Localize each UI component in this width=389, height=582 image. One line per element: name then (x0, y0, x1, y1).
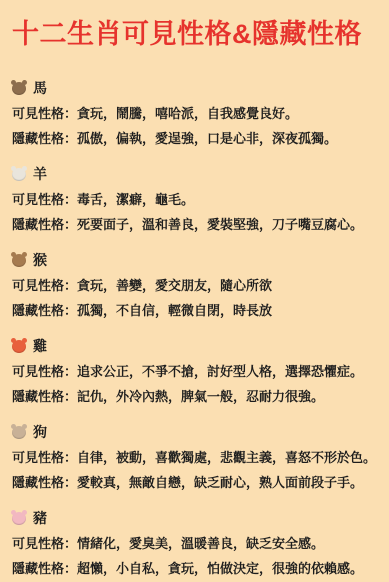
hidden-personality-line: 隱藏性格：孤獨，不自信，輕微自閉，時長放 (12, 298, 377, 323)
zodiac-header: 狗 (12, 420, 377, 445)
hidden-text: 愛較真，無敵自戀，缺乏耐心，熟人面前段子手。 (77, 475, 363, 490)
hidden-personality-line: 隱藏性格：孤傲，偏執，愛逞強，口是心非，深夜孤獨。 (12, 126, 377, 151)
visible-text: 貪玩，善變，愛交朋友，隨心所欲 (77, 278, 272, 293)
visible-label: 可見性格： (12, 106, 77, 121)
visible-label: 可見性格： (12, 364, 77, 379)
visible-text: 毒舌，潔癖，龜毛。 (77, 192, 194, 207)
visible-personality-line: 可見性格：貪玩，善變，愛交朋友，隨心所欲 (12, 273, 377, 298)
zodiac-animal-name: 猴 (33, 248, 47, 273)
zodiac-animal-name: 狗 (33, 420, 47, 445)
visible-label: 可見性格： (12, 278, 77, 293)
hidden-label: 隱藏性格： (12, 389, 77, 404)
hidden-personality-line: 隱藏性格：超懶，小自私，貪玩，怕做決定，很強的依賴感。 (12, 556, 377, 581)
hidden-label: 隱藏性格： (12, 475, 77, 490)
visible-label: 可見性格： (12, 192, 77, 207)
zodiac-section-sheep: 羊 可見性格：毒舌，潔癖，龜毛。 隱藏性格：死要面子，溫和善良，愛裝堅強，刀子嘴… (12, 162, 377, 237)
visible-personality-line: 可見性格：貪玩，鬧騰，嘻哈派，自我感覺良好。 (12, 101, 377, 126)
page-title: 十二生肖可見性格&隱藏性格 (12, 18, 377, 50)
hidden-text: 死要面子，溫和善良，愛裝堅強，刀子嘴豆腐心。 (77, 217, 363, 232)
zodiac-section-pig: 豬 可見性格：情緒化，愛臭美，溫暖善良，缺乏安全感。 隱藏性格：超懶，小自私，貪… (12, 506, 377, 581)
visible-text: 追求公正，不爭不搶，討好型人格，選擇恐懼症。 (77, 364, 363, 379)
visible-label: 可見性格： (12, 450, 77, 465)
dog-icon (12, 426, 26, 439)
rooster-icon (12, 340, 26, 353)
horse-icon (12, 82, 26, 95)
sheep-icon (12, 168, 26, 181)
hidden-label: 隱藏性格： (12, 303, 77, 318)
zodiac-section-monkey: 猴 可見性格：貪玩，善變，愛交朋友，隨心所欲 隱藏性格：孤獨，不自信，輕微自閉，… (12, 248, 377, 323)
zodiac-header: 豬 (12, 506, 377, 531)
hidden-text: 孤傲，偏執，愛逞強，口是心非，深夜孤獨。 (77, 131, 337, 146)
visible-personality-line: 可見性格：情緒化，愛臭美，溫暖善良，缺乏安全感。 (12, 531, 377, 556)
pig-icon (12, 512, 26, 525)
zodiac-personality-page: 十二生肖可見性格&隱藏性格 馬 可見性格：貪玩，鬧騰，嘻哈派，自我感覺良好。 隱… (0, 0, 389, 581)
hidden-personality-line: 隱藏性格：死要面子，溫和善良，愛裝堅強，刀子嘴豆腐心。 (12, 212, 377, 237)
hidden-text: 記仇，外冷內熱，脾氣一般，忍耐力很強。 (77, 389, 324, 404)
zodiac-header: 猴 (12, 248, 377, 273)
zodiac-animal-name: 豬 (33, 506, 47, 531)
hidden-label: 隱藏性格： (12, 131, 77, 146)
hidden-label: 隱藏性格： (12, 217, 77, 232)
hidden-personality-line: 隱藏性格：愛較真，無敵自戀，缺乏耐心，熟人面前段子手。 (12, 470, 377, 495)
zodiac-section-horse: 馬 可見性格：貪玩，鬧騰，嘻哈派，自我感覺良好。 隱藏性格：孤傲，偏執，愛逞強，… (12, 76, 377, 151)
hidden-personality-line: 隱藏性格：記仇，外冷內熱，脾氣一般，忍耐力很強。 (12, 384, 377, 409)
hidden-text: 超懶，小自私，貪玩，怕做決定，很強的依賴感。 (77, 561, 363, 576)
visible-personality-line: 可見性格：自律，被動，喜歡獨處，悲觀主義，喜怒不形於色。 (12, 445, 377, 470)
visible-text: 貪玩，鬧騰，嘻哈派，自我感覺良好。 (77, 106, 298, 121)
zodiac-animal-name: 馬 (33, 76, 47, 101)
visible-text: 自律，被動，喜歡獨處，悲觀主義，喜怒不形於色。 (77, 450, 376, 465)
zodiac-header: 雞 (12, 334, 377, 359)
zodiac-animal-name: 羊 (33, 162, 47, 187)
zodiac-header: 馬 (12, 76, 377, 101)
zodiac-animal-name: 雞 (33, 334, 47, 359)
hidden-text: 孤獨，不自信，輕微自閉，時長放 (77, 303, 272, 318)
visible-personality-line: 可見性格：毒舌，潔癖，龜毛。 (12, 187, 377, 212)
visible-text: 情緒化，愛臭美，溫暖善良，缺乏安全感。 (77, 536, 324, 551)
monkey-icon (12, 254, 26, 267)
visible-personality-line: 可見性格：追求公正，不爭不搶，討好型人格，選擇恐懼症。 (12, 359, 377, 384)
zodiac-section-dog: 狗 可見性格：自律，被動，喜歡獨處，悲觀主義，喜怒不形於色。 隱藏性格：愛較真，… (12, 420, 377, 495)
hidden-label: 隱藏性格： (12, 561, 77, 576)
zodiac-header: 羊 (12, 162, 377, 187)
visible-label: 可見性格： (12, 536, 77, 551)
zodiac-section-rooster: 雞 可見性格：追求公正，不爭不搶，討好型人格，選擇恐懼症。 隱藏性格：記仇，外冷… (12, 334, 377, 409)
